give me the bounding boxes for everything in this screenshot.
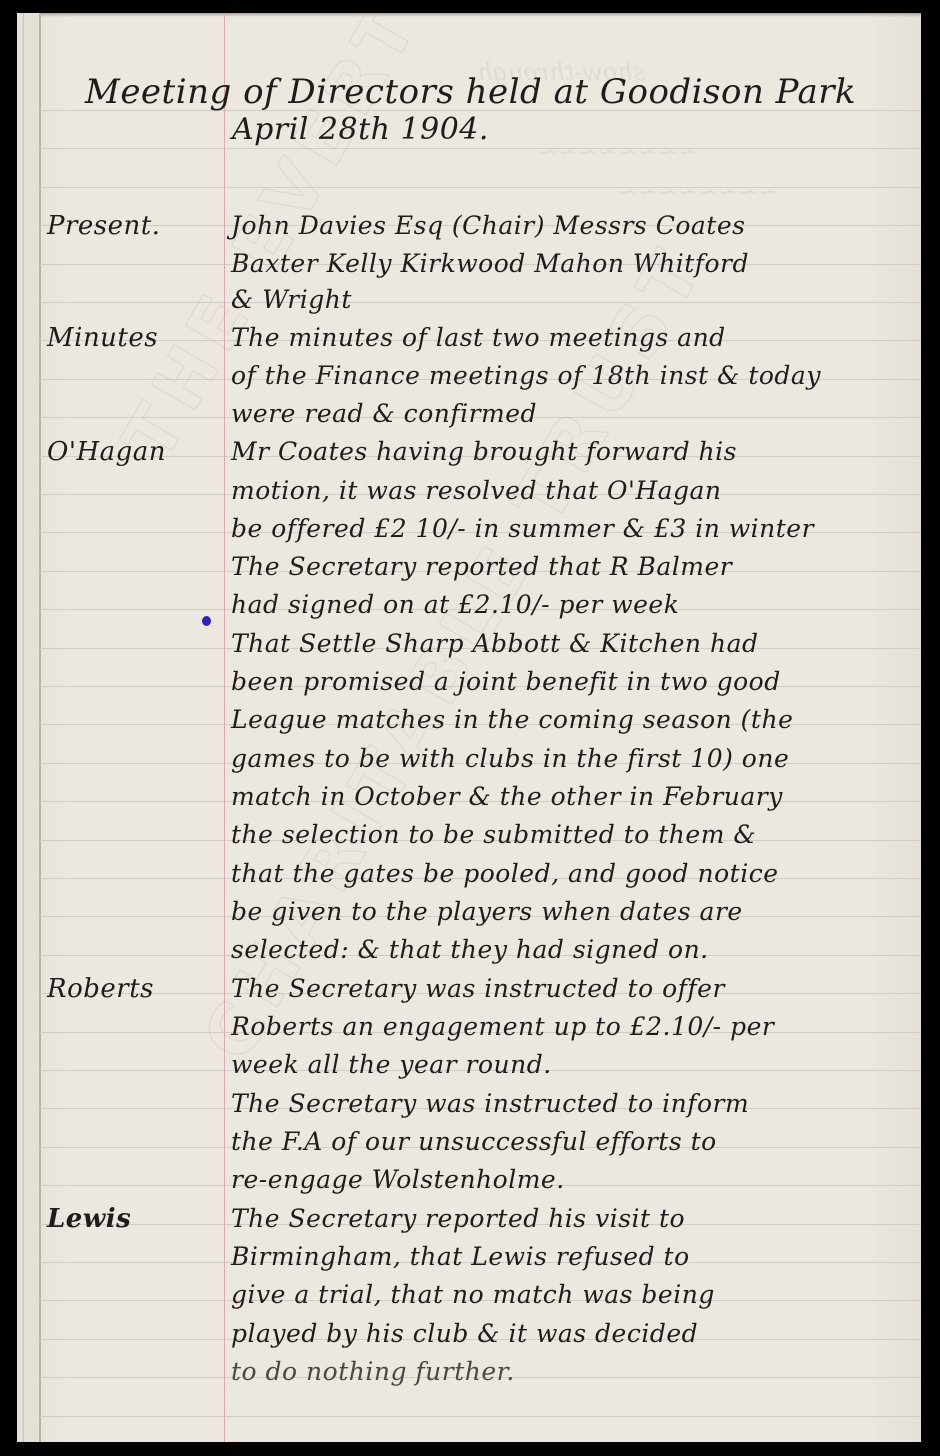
entry-line: be offered £2 10/- in summer & £3 in win… — [231, 516, 814, 541]
entry-line: give a trial, that no match was being — [231, 1282, 715, 1307]
entry-line: The Secretary reported his visit to — [231, 1206, 685, 1231]
entry-label-minutes: Minutes — [47, 325, 158, 351]
entry-line: Birmingham, that Lewis refused to — [231, 1244, 690, 1269]
entry-line: match in October & the other in February — [231, 784, 783, 809]
ink-blot — [202, 616, 211, 626]
binding-gutter — [17, 13, 41, 1442]
entry-line: games to be with clubs in the first 10) … — [231, 746, 789, 771]
entry-label-lewis: Lewis — [47, 1206, 131, 1232]
bleed-through-text: ~~~~~~~~ — [617, 178, 778, 206]
entry-label-ohagan: O'Hagan — [47, 439, 166, 465]
ruled-line — [39, 1416, 921, 1417]
entry-line: had signed on at £2.10/- per week — [231, 592, 679, 617]
entry-line: Baxter Kelly Kirkwood Mahon Whitford — [231, 251, 749, 276]
entry-line: motion, it was resolved that O'Hagan — [231, 478, 722, 503]
entry-line: Roberts an engagement up to £2.10/- per — [231, 1014, 774, 1039]
entry-line: The Secretary reported that R Balmer — [231, 554, 732, 579]
entry-line: played by his club & it was decided — [231, 1321, 698, 1346]
entry-line: the selection to be submitted to them & — [231, 822, 756, 847]
entry-line: & Wright — [231, 287, 352, 312]
entry-line: were read & confirmed — [231, 401, 537, 426]
ruled-line — [39, 302, 921, 303]
entry-line: The minutes of last two meetings and — [231, 325, 726, 350]
entry-line: be given to the players when dates are — [231, 899, 743, 924]
entry-line: selected: & that they had signed on. — [231, 937, 709, 962]
entry-line: The Secretary was instructed to offer — [231, 976, 725, 1001]
page-title: Meeting of Directors held at Goodison Pa… — [85, 75, 856, 109]
ruled-line — [39, 187, 921, 188]
entry-line: The Secretary was instructed to inform — [231, 1091, 749, 1116]
bleed-through-text: ~~~~~~~~ — [537, 138, 698, 166]
entry-label-roberts: Roberts — [47, 976, 154, 1002]
entry-line: been promised a joint benefit in two goo… — [231, 669, 781, 694]
entry-label-present: Present. — [47, 213, 161, 239]
page-date: April 28th 1904. — [232, 115, 489, 145]
ruled-line — [39, 148, 921, 149]
entry-line: That Settle Sharp Abbott & Kitchen had — [231, 631, 758, 656]
entry-line: John Davies Esq (Chair) Messrs Coates — [231, 213, 745, 238]
entry-line: the F.A of our unsuccessful efforts to — [231, 1129, 717, 1154]
red-margin-line — [224, 13, 225, 1442]
entry-line: Mr Coates having brought forward his — [231, 439, 737, 464]
entry-line: week all the year round. — [231, 1052, 552, 1077]
gutter-line — [23, 13, 24, 1442]
manuscript-page: THE EVERTON COLLECTION CHARITABLE TRUST … — [17, 13, 921, 1442]
entry-line: re-engage Wolstenholme. — [231, 1167, 565, 1192]
entry-line: to do nothing further. — [231, 1359, 515, 1384]
entry-line: of the Finance meetings of 18th inst & t… — [231, 363, 821, 388]
entry-line: that the gates be pooled, and good notic… — [231, 861, 779, 886]
page-top-edge — [17, 13, 921, 17]
entry-line: League matches in the coming season (the — [231, 707, 793, 732]
